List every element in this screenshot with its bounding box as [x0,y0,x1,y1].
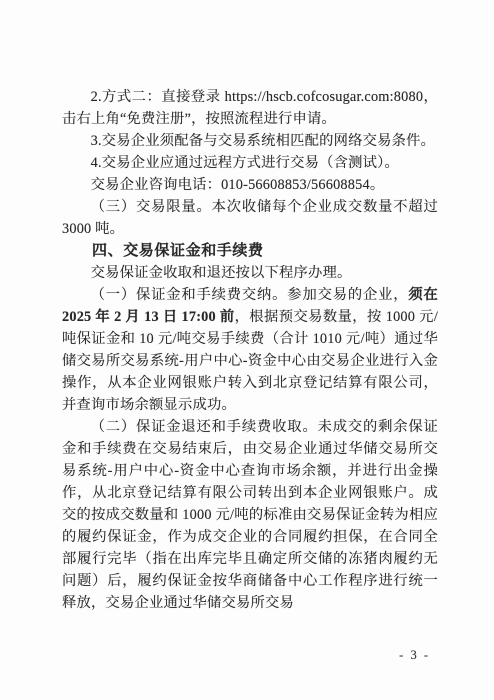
paragraph-consult-phone: 交易企业咨询电话：010-56608853/56608854。 [62,174,438,196]
document-page: 2.方式二：直接登录 https://hscb.cofcosugar.com:8… [0,0,494,700]
section-heading-4: 四、交易保证金和手续费 [62,240,438,262]
document-body: 2.方式二：直接登录 https://hscb.cofcosugar.com:8… [62,86,438,614]
paragraph-network-requirement: 3.交易企业须配备与交易系统相匹配的网络交易条件。 [62,130,438,152]
paragraph-method-2: 2.方式二：直接登录 https://hscb.cofcosugar.com:8… [62,86,438,130]
paragraph-deposit-refund: （二）保证金退还和手续费收取。未成交的剩余保证金和手续费在交易结束后，由交易企业… [62,416,438,614]
paragraph-remote-trading: 4.交易企业应通过远程方式进行交易（含测试）。 [62,152,438,174]
paragraph-trade-limit: （三）交易限量。本次收储每个企业成交数量不超过 3000 吨。 [62,196,438,240]
paragraph-procedure-intro: 交易保证金收取和退还按以下程序办理。 [62,262,438,284]
page-number: - 3 - [399,648,430,663]
deposit-payment-text-pre: （一）保证金和手续费交纳。参加交易的企业， [91,287,409,303]
paragraph-deposit-payment: （一）保证金和手续费交纳。参加交易的企业，须在 2025 年 2 月 13 日 … [62,284,438,416]
